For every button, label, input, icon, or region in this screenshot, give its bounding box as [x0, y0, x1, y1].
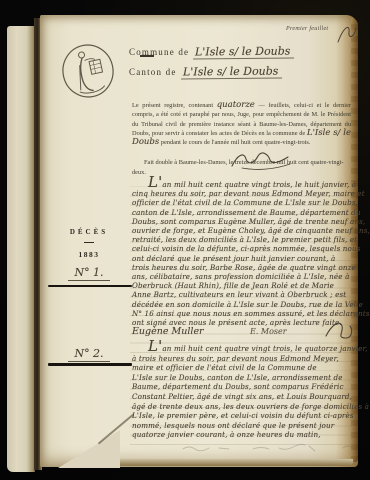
canton-label: Canton de [129, 67, 177, 77]
signature-eugene-muller: Eugène Muller [132, 326, 204, 337]
previous-page-edge [7, 26, 35, 472]
death-act-1: L'an mil huit cent quatre vingt trois, l… [132, 180, 354, 327]
act-line: Anne Bartz, cultivateurs en leur vivant … [132, 290, 354, 299]
year-heading: 1883 [46, 250, 132, 259]
act-2-rule [48, 363, 132, 366]
act-line: L'an mil huit cent quatre vingt trois, l… [132, 180, 354, 189]
act-line: ans, célibataire, sans profession domici… [132, 272, 354, 281]
act-line: à trois heures du soir, par devant nous … [132, 354, 354, 364]
act-2-number: N° 2. [46, 347, 132, 360]
preamble-paragraph: Le présent registre, contenant quatorze … [132, 101, 351, 146]
act-line: nommé, lesquels nous ont déclaré que le … [132, 421, 354, 431]
act-line: décédée en son domicile à L'Isle sur le … [132, 300, 354, 309]
act-line: canton de L'Isle, arrondissement de Baum… [132, 208, 354, 217]
sheet-label: Premier feuillet [286, 26, 328, 32]
signature-witness: E. Moser [250, 327, 287, 336]
act-line: officier de l'état civil de la Commune d… [132, 198, 354, 207]
act-line: cinq heures du soir, par devant nous Edm… [132, 189, 354, 198]
under-page-edge [95, 459, 353, 466]
act-line: celui-ci voisin de la défunte, ci-après … [132, 244, 354, 253]
death-act-2: L'an mil huit cent quatre vingt trois, l… [132, 344, 354, 440]
document-photo: Premier feuillet Commune de L'Isle s/ le… [0, 0, 370, 480]
act-line: maire et officier de l'état civil de la … [132, 363, 354, 373]
act-line: N° 16 ainsi que nous nous en sommes assu… [132, 309, 354, 318]
act-line: trois heures du soir, Barbe Rose, âgée d… [132, 263, 354, 272]
header-divider-dash [140, 55, 154, 57]
judge-signature [228, 150, 298, 172]
act-line: âgé de trente deux ans, les deux ouvrier… [132, 402, 354, 412]
act-line: Baume, département du Doubs, sont compar… [132, 382, 354, 392]
act-line: L'Isle sur le Doubs, canton de L'Isle, a… [132, 373, 354, 383]
act-line: Doubs, sont comparus Eugène Muller, âgé … [132, 217, 354, 226]
act-line: Oberbruck (Haut Rhin), fille de Jean Rol… [132, 281, 354, 290]
revenue-stamp [58, 40, 118, 102]
margin-divider [84, 242, 94, 243]
canton-value: L'Isle s/ le Doubs [180, 64, 282, 79]
act-1-rule [48, 285, 132, 287]
act-line: ouvrier de forge, et Eugène Choley, âgé … [132, 226, 354, 235]
act-line: Constant Peltier, âgé de vingt six ans, … [132, 392, 354, 402]
mayor-paraph-flourish [322, 318, 356, 344]
preamble-seg1: Le présent registre, contenant [132, 102, 217, 109]
act-line: L'an mil huit cent quatre vingt trois, l… [132, 344, 354, 354]
act-line: retraité, les deux domiciliés à L'Isle, … [132, 235, 354, 244]
deces-heading: DÉCÈS [46, 228, 132, 236]
act-1-number: N° 1. [46, 266, 132, 279]
commune-label: Commune de [129, 47, 189, 57]
act-1-signatures: Eugène Muller E. Moser [132, 326, 354, 342]
preamble-seg3: pendant le cours de l'année mil huit cen… [159, 139, 310, 146]
act-line: ont déclaré que le présent jour huit jan… [132, 254, 354, 263]
act-line: quatorze janvier courant, à onze heures … [132, 430, 354, 440]
commune-value: L'Isle s/ le Doubs [193, 44, 295, 59]
feuillets-count-handwritten: quatorze [217, 100, 255, 110]
act-line: L'Isle, le premier père, et celui-ci voi… [132, 411, 354, 421]
pencil-annotation [175, 440, 365, 456]
top-right-paraph-flourish [334, 22, 360, 48]
